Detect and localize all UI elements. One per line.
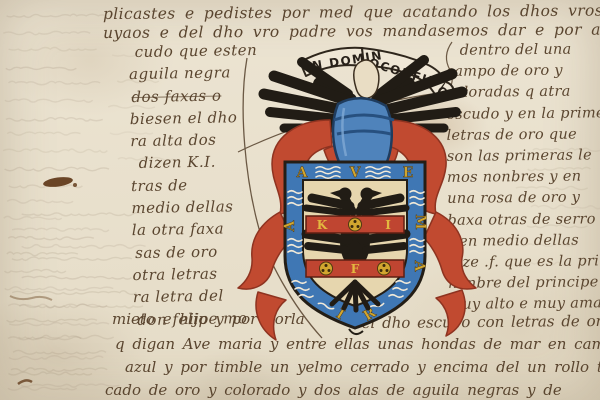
bordure-letter: A <box>296 165 309 181</box>
bordure-letter: V <box>349 165 362 181</box>
helmet <box>333 98 394 168</box>
gold-rosette <box>349 218 362 231</box>
fess-lower: F <box>306 260 404 277</box>
ink-blot <box>10 175 77 384</box>
bordure-letter: M <box>412 214 428 230</box>
bordure-letter: A <box>411 260 427 273</box>
fess-letter: K <box>317 218 328 232</box>
shield-tip-curl <box>349 329 363 334</box>
coat-of-arms: IN DOMIN OCONFID O <box>0 0 600 400</box>
gold-rosette <box>320 262 333 275</box>
manuscript-page: plicastes e pedistes por med que acatand… <box>0 0 600 400</box>
bordure-letter: A <box>282 219 298 232</box>
fess-upper: K I <box>306 216 404 233</box>
bordure-letter: E <box>403 165 414 181</box>
fess-letter: I <box>385 218 391 232</box>
fess-letter: F <box>351 262 360 276</box>
gold-rosette <box>378 262 391 275</box>
shield: A V E M A R I A <box>282 162 428 334</box>
crest-fist <box>354 60 379 98</box>
